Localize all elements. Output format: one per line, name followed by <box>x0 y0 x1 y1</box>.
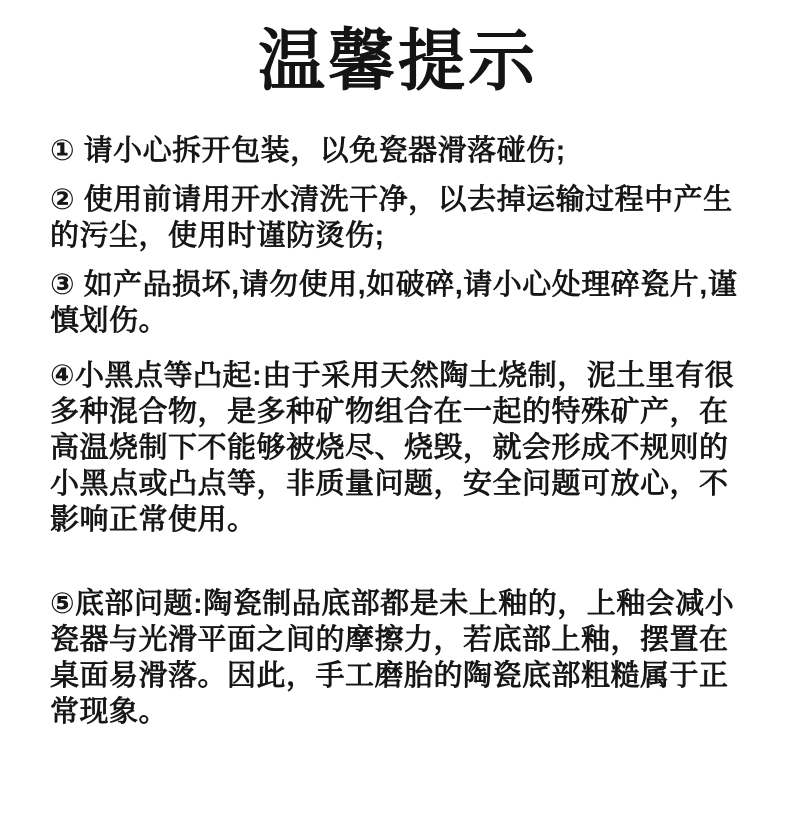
tip-item-2: ② 使用前请用开水清洗干净，以去掉运输过程中产生的污尘，使用时谨防烫伤; <box>50 182 746 254</box>
page-title: 温馨提示 <box>50 22 746 98</box>
tip-item-3: ③ 如产品损坏,请勿使用,如破碎,请小心处理碎瓷片,谨慎划伤。 <box>50 267 746 339</box>
tips-list: ① 请小心拆开包装，以免瓷器滑落碰伤; ② 使用前请用开水清洗干净，以去掉运输过… <box>50 133 746 730</box>
notice-page: 温馨提示 ① 请小心拆开包装，以免瓷器滑落碰伤; ② 使用前请用开水清洗干净，以… <box>0 0 790 828</box>
tip-item-4: ④小黑点等凸起:由于采用天然陶土烧制，泥土里有很多种混合物，是多种矿物组合在一起… <box>50 358 746 538</box>
tip-item-5: ⑤底部问题:陶瓷制品底部都是未上釉的，上釉会减小瓷器与光滑平面之间的摩擦力，若底… <box>50 586 746 730</box>
tip-item-1: ① 请小心拆开包装，以免瓷器滑落碰伤; <box>50 133 746 169</box>
